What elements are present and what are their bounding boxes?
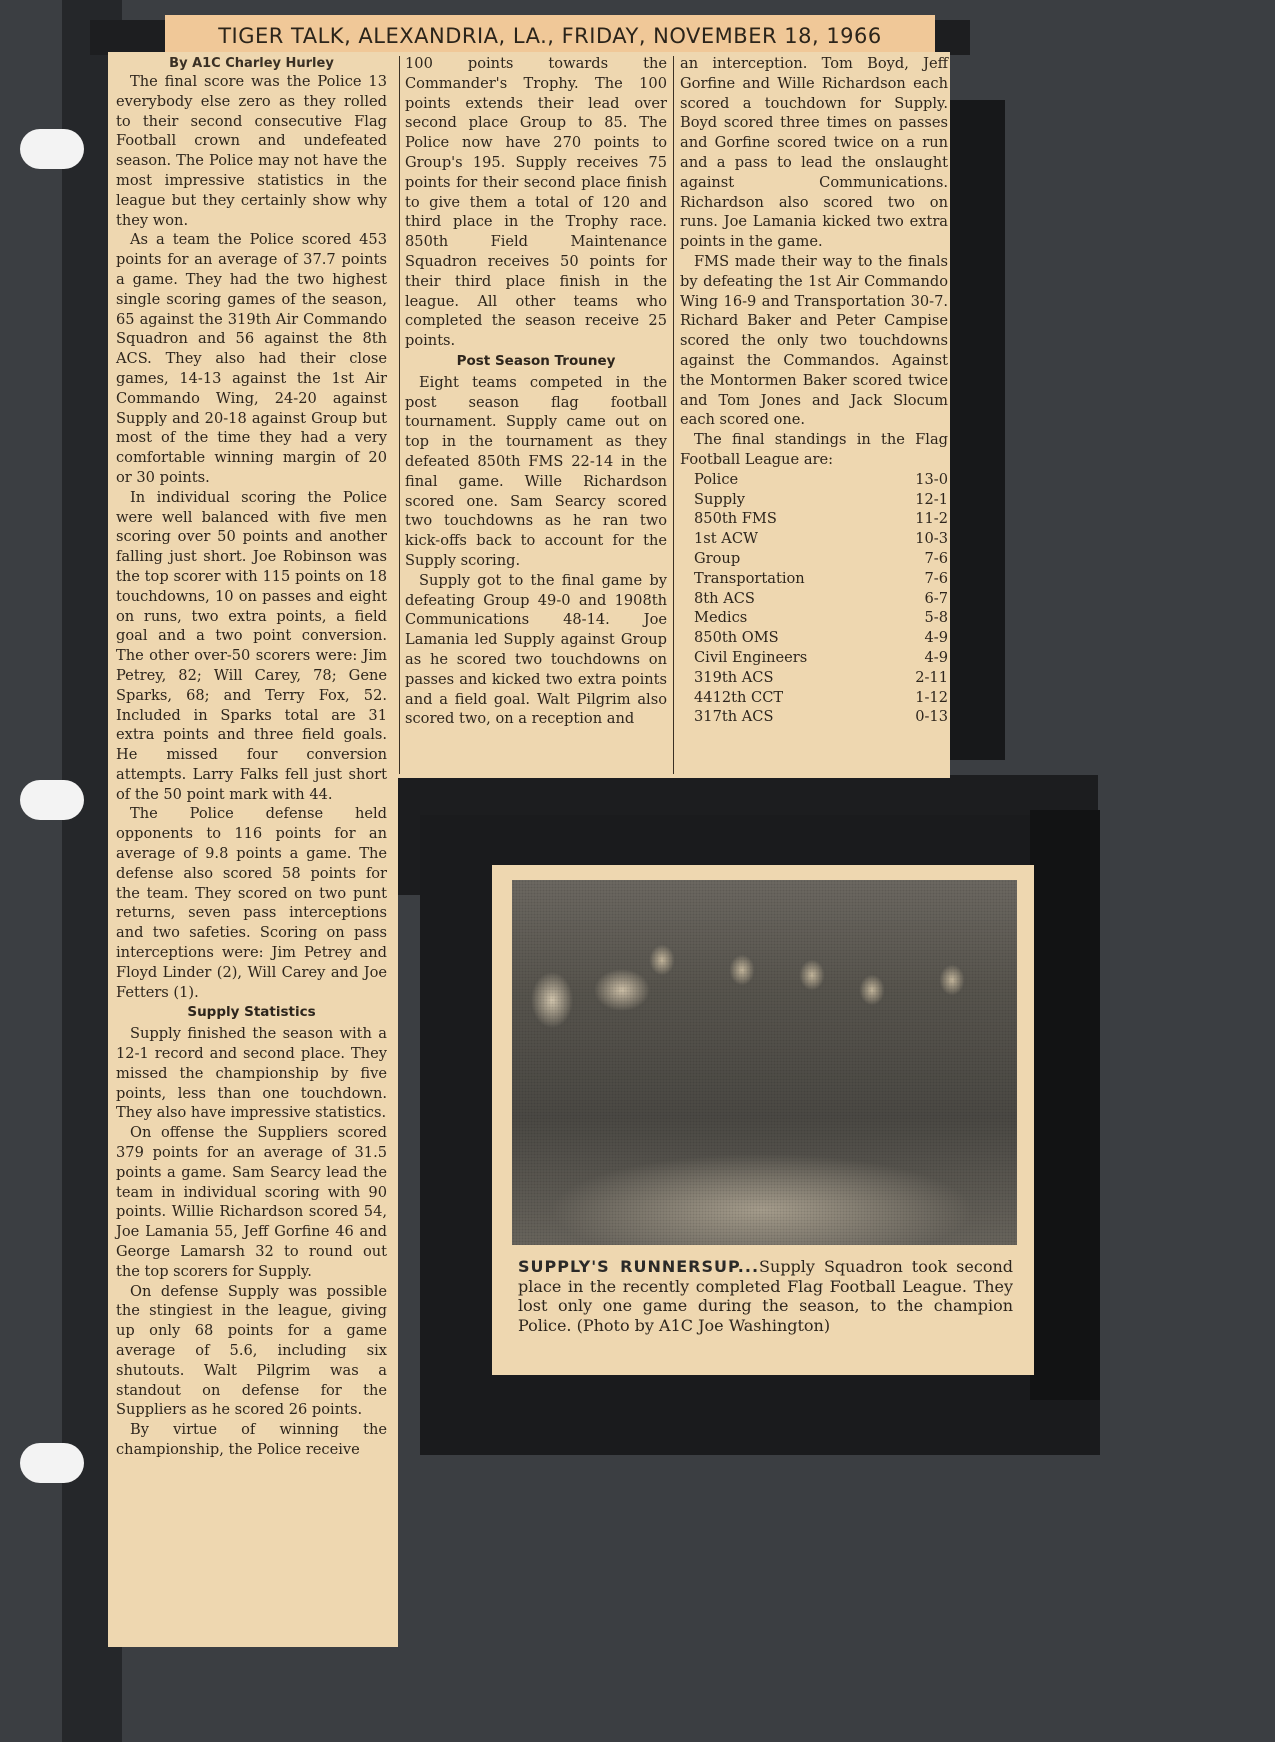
- team-name: 1st ACW: [694, 529, 758, 549]
- team-record: 1-12: [915, 688, 948, 708]
- standings-row: Civil Engineers4-9: [680, 648, 948, 668]
- standings-row: Medics5-8: [680, 608, 948, 628]
- team-record: 5-8: [924, 608, 948, 628]
- team-name: Transportation: [694, 569, 805, 589]
- article-column-1: By A1C Charley Hurley The final score wa…: [116, 54, 387, 1460]
- team-name: Civil Engineers: [694, 648, 807, 668]
- team-name: 317th ACS: [694, 707, 773, 727]
- paragraph: The final score was the Police 13 everyb…: [116, 72, 387, 230]
- standings-row: Group7-6: [680, 549, 948, 569]
- standings-row: Police13-0: [680, 470, 948, 490]
- team-record: 10-3: [915, 529, 948, 549]
- paragraph: 100 points towards the Commander's Troph…: [405, 54, 667, 351]
- scrapbook-page: TIGER TALK, ALEXANDRIA, LA., FRIDAY, NOV…: [0, 0, 1275, 1753]
- byline: By A1C Charley Hurley: [116, 54, 387, 72]
- paragraph: As a team the Police scored 453 points f…: [116, 230, 387, 487]
- team-name: Group: [694, 549, 740, 569]
- standings-row: Supply12-1: [680, 490, 948, 510]
- binder-hole-top: [20, 129, 84, 169]
- standings-row: 4412th CCT1-12: [680, 688, 948, 708]
- team-name: 4412th CCT: [694, 688, 783, 708]
- team-record: 13-0: [915, 470, 948, 490]
- team-record: 11-2: [915, 509, 948, 529]
- standings-row: 8th ACS6-7: [680, 589, 948, 609]
- paragraph: In individual scoring the Police were we…: [116, 488, 387, 805]
- team-record: 6-7: [924, 589, 948, 609]
- paragraph: The Police defense held opponents to 116…: [116, 804, 387, 1002]
- paragraph: On offense the Suppliers scored 379 poin…: [116, 1123, 387, 1281]
- paragraph: Eight teams competed in the post season …: [405, 373, 667, 571]
- team-name: 850th FMS: [694, 509, 777, 529]
- paragraph: an interception. Tom Boyd, Jeff Gorfine …: [680, 54, 948, 252]
- photo-caption: SUPPLY'S RUNNERSUP...Supply Squadron too…: [518, 1257, 1013, 1335]
- subhead-post-season: Post Season Trouney: [405, 352, 667, 372]
- newspaper-masthead: TIGER TALK, ALEXANDRIA, LA., FRIDAY, NOV…: [165, 15, 935, 57]
- paragraph: On defense Supply was possible the sting…: [116, 1282, 387, 1421]
- paragraph: Supply finished the season with a 12-1 r…: [116, 1024, 387, 1123]
- team-record: 7-6: [924, 569, 948, 589]
- team-name: Supply: [694, 490, 745, 510]
- article-column-2: 100 points towards the Commander's Troph…: [405, 54, 667, 729]
- team-record: 4-9: [924, 628, 948, 648]
- subhead-supply-statistics: Supply Statistics: [116, 1003, 387, 1023]
- team-name: 850th OMS: [694, 628, 779, 648]
- team-record: 12-1: [915, 490, 948, 510]
- mount-paper-photo-right: [1030, 810, 1100, 1400]
- article-column-3: an interception. Tom Boyd, Jeff Gorfine …: [680, 54, 948, 727]
- column-rule: [673, 56, 674, 774]
- team-record: 0-13: [915, 707, 948, 727]
- standings-row: 850th FMS11-2: [680, 509, 948, 529]
- paragraph: By virtue of winning the championship, t…: [116, 1420, 387, 1460]
- photo-clipping: SUPPLY'S RUNNERSUP...Supply Squadron too…: [492, 865, 1034, 1375]
- binder-hole-middle: [20, 780, 84, 820]
- standings-row: 319th ACS2-11: [680, 668, 948, 688]
- team-record: 7-6: [924, 549, 948, 569]
- binder-hole-bottom: [20, 1443, 84, 1483]
- column-rule: [399, 56, 400, 774]
- team-name: 319th ACS: [694, 668, 773, 688]
- team-name: 8th ACS: [694, 589, 755, 609]
- standings-row: 317th ACS0-13: [680, 707, 948, 727]
- standings-row: Transportation7-6: [680, 569, 948, 589]
- paragraph: FMS made their way to the finals by defe…: [680, 252, 948, 430]
- team-photo: [512, 880, 1017, 1245]
- team-name: Medics: [694, 608, 747, 628]
- standings-row: 850th OMS4-9: [680, 628, 948, 648]
- team-record: 4-9: [924, 648, 948, 668]
- team-record: 2-11: [915, 668, 948, 688]
- caption-kicker: SUPPLY'S RUNNERSUP...: [518, 1257, 759, 1276]
- paragraph: The final standings in the Flag Football…: [680, 430, 948, 470]
- standings-row: 1st ACW10-3: [680, 529, 948, 549]
- team-name: Police: [694, 470, 738, 490]
- paragraph: Supply got to the final game by defeatin…: [405, 571, 667, 729]
- standings-list: Police13-0Supply12-1850th FMS11-21st ACW…: [680, 470, 948, 727]
